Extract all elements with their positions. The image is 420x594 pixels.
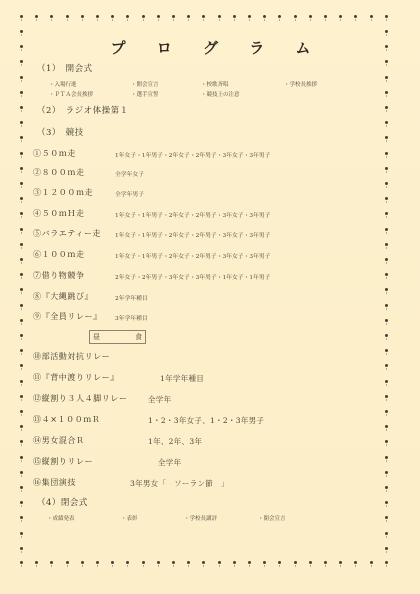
border-dot — [233, 561, 236, 564]
border-dot — [385, 243, 388, 246]
border-dot — [385, 425, 388, 428]
border-dot — [248, 561, 251, 564]
event-name: ⑯集団演技 — [33, 477, 76, 488]
event-name: ⑧『大縄跳び』 — [33, 291, 93, 302]
border-dot — [187, 15, 190, 18]
border-dot — [20, 60, 23, 63]
border-dot — [20, 440, 23, 443]
event-detail: 1年女子・1年男子・2年女子・2年男子・3年女子・3年男子 — [115, 251, 270, 260]
border-dot — [385, 167, 388, 170]
border-dot — [20, 91, 23, 94]
border-dot — [385, 334, 388, 337]
border-dot — [20, 456, 23, 459]
border-dot — [309, 561, 312, 564]
border-dot — [339, 15, 342, 18]
border-dot — [35, 561, 38, 564]
border-dot — [20, 471, 23, 474]
border-dot — [385, 364, 388, 367]
border-dot — [385, 501, 388, 504]
border-dot — [20, 547, 23, 550]
border-dot — [20, 288, 23, 291]
border-dot — [233, 15, 236, 18]
border-dot — [385, 106, 388, 109]
event-detail: 全学年 — [148, 394, 171, 405]
opening-item: ・学校長挨拶 — [284, 80, 317, 88]
border-dot — [20, 212, 23, 215]
border-dot — [370, 561, 373, 564]
border-dot — [278, 561, 281, 564]
border-dot — [354, 15, 357, 18]
section-radio-exercise-heading: （2） ラジオ体操第１ — [37, 104, 129, 116]
border-dot — [142, 561, 145, 564]
event-name: ⑪『背中渡りリレー』 — [33, 372, 119, 383]
border-dot — [20, 76, 23, 79]
border-dot — [50, 15, 53, 18]
border-dot — [385, 197, 388, 200]
border-dot — [385, 15, 388, 18]
event-name: ⑭男女混合Ｒ — [33, 435, 85, 446]
border-dot — [187, 561, 190, 564]
border-dot — [202, 561, 205, 564]
border-dot — [385, 547, 388, 550]
closing-item: ・閉会宣言 — [258, 514, 286, 522]
border-dot — [20, 136, 23, 139]
border-dot — [20, 561, 23, 564]
border-dot — [385, 304, 388, 307]
border-dot — [370, 15, 373, 18]
border-dot — [20, 197, 23, 200]
event-name: ⑮縦割りリレー — [33, 456, 93, 467]
event-detail: 1年女子・1年男子・2年女子・2年男子・3年女子・3年男子 — [115, 230, 270, 239]
border-dot — [126, 15, 129, 18]
border-dot — [385, 471, 388, 474]
border-dot — [20, 106, 23, 109]
border-dot — [20, 167, 23, 170]
border-dot — [157, 15, 160, 18]
border-dot — [385, 288, 388, 291]
border-dot — [385, 273, 388, 276]
border-dot — [20, 30, 23, 33]
border-dot — [20, 501, 23, 504]
border-dot — [218, 561, 221, 564]
border-dot — [20, 121, 23, 124]
event-detail: 1年学年種目 — [160, 373, 204, 384]
section-opening-ceremony-heading: （1） 開会式 — [37, 62, 93, 74]
border-dot — [111, 15, 114, 18]
program-page: プ ロ グ ラ ム （1） 開会式 ・入場行進 ・開会宣言 ・校歌斉唱 ・学校長… — [0, 0, 420, 594]
border-dot — [96, 15, 99, 18]
border-dot — [385, 440, 388, 443]
closing-item: ・表彰 — [121, 514, 138, 522]
border-dot — [20, 15, 23, 18]
border-dot — [385, 380, 388, 383]
border-dot — [218, 15, 221, 18]
border-dot — [142, 15, 145, 18]
border-dot — [385, 91, 388, 94]
border-dot — [20, 486, 23, 489]
border-dot — [172, 15, 175, 18]
border-dot — [385, 182, 388, 185]
border-dot — [81, 15, 84, 18]
border-dot — [35, 15, 38, 18]
border-dot — [20, 152, 23, 155]
event-detail: 2年女子・2年男子・3年女子・3年男子・1年女子・1年男子 — [115, 272, 270, 281]
event-detail: 3年学年種目 — [115, 313, 148, 322]
event-detail: 1年、2年、3年 — [148, 436, 202, 447]
event-detail: 全学年女子 — [115, 169, 144, 178]
border-dot — [248, 15, 251, 18]
border-dot — [20, 532, 23, 535]
border-dot — [385, 228, 388, 231]
border-dot — [66, 15, 69, 18]
opening-item: ・入場行進 — [49, 80, 77, 88]
border-dot — [20, 228, 23, 231]
event-name: ⑬４×１００ｍＲ — [33, 414, 101, 425]
event-detail: 1年女子・1年男子・2年女子・2年男子・3年女子・3年男子 — [115, 150, 270, 159]
event-detail: 2年学年種目 — [115, 293, 148, 302]
border-dot — [81, 561, 84, 564]
border-dot — [385, 76, 388, 79]
border-dot — [385, 349, 388, 352]
border-dot — [20, 364, 23, 367]
border-dot — [50, 561, 53, 564]
lunch-break-box: 昼 食 — [89, 330, 146, 344]
closing-item: ・学校長講評 — [184, 514, 217, 522]
event-detail: 全学年 — [158, 457, 181, 468]
border-dot — [20, 304, 23, 307]
border-dot — [20, 182, 23, 185]
border-dot — [385, 486, 388, 489]
border-dot — [385, 319, 388, 322]
border-dot — [126, 561, 129, 564]
border-dot — [385, 561, 388, 564]
border-dot — [385, 152, 388, 155]
event-name: ⑫縦割り３人４脚リレー — [33, 393, 128, 404]
border-dot — [385, 532, 388, 535]
opening-item: ・開会宣言 — [131, 80, 159, 88]
border-dot — [263, 15, 266, 18]
event-name: ⑨『全員リレー』 — [33, 311, 102, 322]
section-closing-ceremony-heading: （4）閉会式 — [37, 496, 88, 508]
event-name: ①５０ｍ走 — [33, 148, 76, 159]
border-dot — [20, 349, 23, 352]
event-name: ⑩部活動対抗リレー — [33, 351, 110, 362]
border-dot — [385, 212, 388, 215]
border-dot — [20, 273, 23, 276]
border-dot — [385, 456, 388, 459]
event-detail: 3年男女「 ソーラン節 」 — [130, 478, 229, 489]
border-dot — [263, 561, 266, 564]
border-dot — [20, 319, 23, 322]
border-dot — [202, 15, 205, 18]
event-name: ③１２００ｍ走 — [33, 187, 93, 198]
event-name: ④５０ｍＨ走 — [33, 208, 85, 219]
border-dot — [354, 561, 357, 564]
border-dot — [172, 561, 175, 564]
event-name: ⑦借り物競争 — [33, 270, 85, 281]
border-dot — [385, 410, 388, 413]
border-dot — [294, 561, 297, 564]
border-dot — [66, 561, 69, 564]
border-dot — [385, 30, 388, 33]
border-dot — [20, 516, 23, 519]
border-dot — [385, 136, 388, 139]
border-dot — [96, 561, 99, 564]
border-dot — [20, 258, 23, 261]
border-dot — [20, 395, 23, 398]
border-dot — [309, 15, 312, 18]
border-dot — [324, 561, 327, 564]
event-name: ⑥１００ｍ走 — [33, 249, 85, 260]
border-dot — [278, 15, 281, 18]
border-dot — [385, 60, 388, 63]
border-dot — [20, 334, 23, 337]
lunch-label-right: 食 — [135, 332, 142, 342]
opening-item: ・校歌斉唱 — [201, 80, 229, 88]
border-dot — [385, 258, 388, 261]
opening-item: ・選手宣誓 — [131, 90, 159, 98]
border-dot — [339, 561, 342, 564]
lunch-label-left: 昼 — [93, 332, 100, 342]
border-dot — [294, 15, 297, 18]
event-name: ⑤バラエティー走 — [33, 228, 101, 239]
border-dot — [385, 516, 388, 519]
event-name: ②８００ｍ走 — [33, 167, 85, 178]
event-detail: 1・2・3年女子、1・2・3年男子 — [148, 415, 264, 426]
closing-item: ・成績発表 — [47, 514, 75, 522]
border-dot — [20, 243, 23, 246]
border-dot — [157, 561, 160, 564]
event-detail: 1年女子・1年男子・2年女子・2年男子・3年女子・3年男子 — [115, 210, 270, 219]
page-title: プ ロ グ ラ ム — [0, 37, 420, 58]
opening-item: ・競技上の注意 — [201, 90, 240, 98]
border-dot — [324, 15, 327, 18]
event-detail: 全学年男子 — [115, 189, 144, 198]
border-dot — [385, 395, 388, 398]
border-dot — [20, 410, 23, 413]
border-dot — [20, 425, 23, 428]
border-dot — [111, 561, 114, 564]
opening-item: ・ＰＴＡ会長挨拶 — [49, 90, 93, 98]
border-dot — [385, 121, 388, 124]
section-competitions-heading: （3） 競技 — [37, 126, 84, 138]
border-dot — [20, 380, 23, 383]
